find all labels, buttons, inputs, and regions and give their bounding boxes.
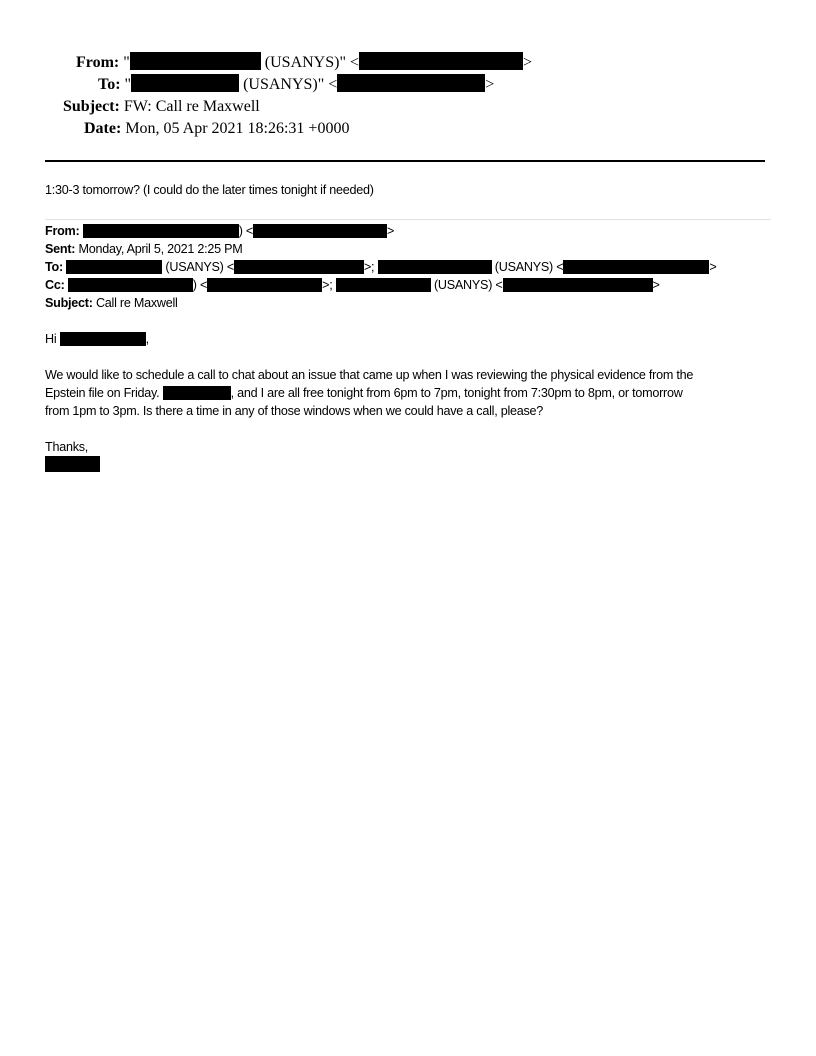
separator: ) <	[193, 278, 207, 292]
fwd-subject-label: Subject:	[45, 296, 93, 310]
fwd-subject-line: Subject: Call re Maxwell	[45, 294, 178, 312]
org: (USANYS) <	[492, 260, 564, 274]
redacted-name	[163, 386, 231, 400]
redacted-email	[359, 52, 523, 70]
from-org: (USANYS)" <	[261, 54, 359, 71]
bracket-close: >	[485, 76, 494, 93]
separator: ) <	[239, 224, 253, 238]
outer-to-line: To: " (USANYS)" <>	[98, 74, 494, 96]
separator: >;	[364, 260, 378, 274]
header-divider	[45, 160, 765, 162]
fwd-sent-value: Monday, April 5, 2021 2:25 PM	[78, 242, 242, 256]
paragraph-line-1: We would like to schedule a call to chat…	[45, 366, 693, 384]
org: (USANYS) <	[162, 260, 234, 274]
outer-from-line: From: " (USANYS)" <>	[76, 52, 532, 74]
bracket-close: >	[387, 224, 394, 238]
quote-divider	[45, 219, 771, 220]
redacted-email	[563, 260, 709, 274]
separator: >;	[322, 278, 336, 292]
redacted-email	[337, 74, 485, 92]
redacted-name	[66, 260, 162, 274]
redacted-email	[234, 260, 364, 274]
to-label: To:	[98, 74, 121, 96]
comma: ,	[146, 332, 149, 346]
bracket-close: >	[709, 260, 716, 274]
paragraph-line-3: from 1pm to 3pm. Is there a time in any …	[45, 402, 543, 420]
bracket-close: >	[653, 278, 660, 292]
from-label: From:	[76, 52, 119, 74]
subject-label: Subject:	[63, 96, 120, 118]
date-value: Mon, 05 Apr 2021 18:26:31 +0000	[125, 120, 349, 137]
paragraph-line-2: Epstein file on Friday. , and I are all …	[45, 384, 683, 402]
org: (USANYS) <	[431, 278, 503, 292]
greeting-text: Hi	[45, 332, 60, 346]
date-label: Date:	[84, 118, 121, 140]
fwd-cc-line: Cc: ) <>; (USANYS) <>	[45, 276, 660, 294]
redacted-email	[253, 224, 387, 238]
text: Epstein file on Friday.	[45, 386, 163, 400]
fwd-to-label: To:	[45, 260, 63, 274]
outer-subject-line: Subject: FW: Call re Maxwell	[63, 96, 260, 118]
redacted-name	[83, 224, 239, 238]
signature	[45, 456, 100, 474]
fwd-from-label: From:	[45, 224, 79, 238]
redacted-email	[207, 278, 322, 292]
signoff: Thanks,	[45, 438, 88, 456]
redacted-name	[68, 278, 193, 292]
to-org: (USANYS)" <	[239, 76, 337, 93]
fwd-subject-value: Call re Maxwell	[96, 296, 178, 310]
redacted-email	[503, 278, 653, 292]
text: , and I are all free tonight from 6pm to…	[231, 386, 683, 400]
fwd-cc-label: Cc:	[45, 278, 65, 292]
redacted-signature	[45, 456, 100, 472]
redacted-name	[60, 332, 146, 346]
fwd-from-line: From: ) <>	[45, 222, 394, 240]
fwd-sent-line: Sent: Monday, April 5, 2021 2:25 PM	[45, 240, 243, 258]
redacted-name	[378, 260, 492, 274]
fwd-sent-label: Sent:	[45, 242, 75, 256]
subject-value: FW: Call re Maxwell	[124, 98, 260, 115]
reply-text: 1:30-3 tomorrow? (I could do the later t…	[45, 181, 374, 199]
outer-date-line: Date: Mon, 05 Apr 2021 18:26:31 +0000	[84, 118, 349, 140]
fwd-to-line: To: (USANYS) <>; (USANYS) <>	[45, 258, 716, 276]
redacted-name	[130, 52, 261, 70]
redacted-name	[131, 74, 239, 92]
bracket-close: >	[523, 54, 532, 71]
redacted-name	[336, 278, 431, 292]
greeting: Hi ,	[45, 330, 149, 348]
